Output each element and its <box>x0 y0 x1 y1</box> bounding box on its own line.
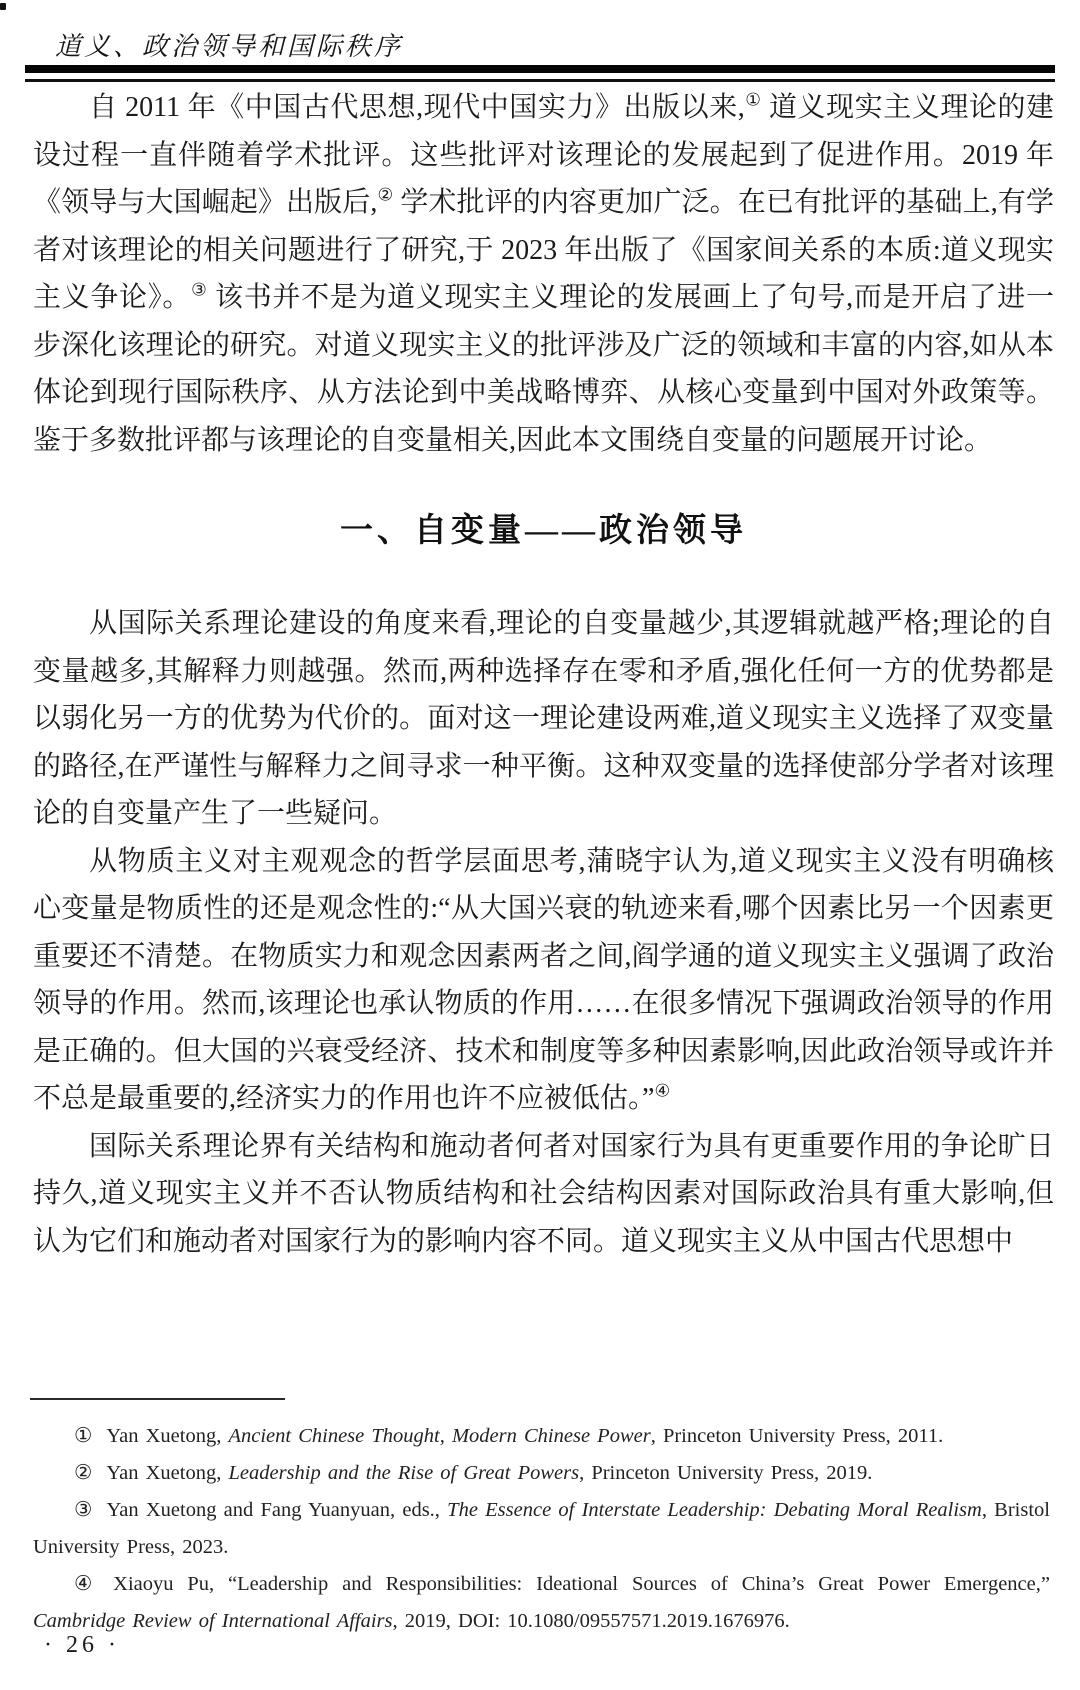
running-head: 道义、政治领导和国际秩序 <box>55 26 403 63</box>
scan-artifact <box>0 3 6 10</box>
header-rule-thin <box>25 79 1055 82</box>
footnote-item: ①Yan Xuetong, Ancient Chinese Thought, M… <box>33 1418 1050 1455</box>
footnote-marker: ③ <box>74 1499 107 1521</box>
footnote-text: Yan Xuetong and Fang Yuanyuan, eds., The… <box>33 1499 1050 1558</box>
footnote-marker: ① <box>74 1425 106 1447</box>
header-rule-thick <box>25 65 1055 73</box>
body-paragraph: 从物质主义对主观观念的哲学层面思考,蒲晓宇认为,道义现实主义没有明确核心变量是物… <box>33 838 1054 1123</box>
footnote-text: Yan Xuetong, Ancient Chinese Thought, Mo… <box>106 1425 943 1447</box>
page-number: · 26 · <box>44 1632 120 1659</box>
footnotes-block: ①Yan Xuetong, Ancient Chinese Thought, M… <box>33 1418 1050 1640</box>
body-paragraph: 从国际关系理论建设的角度来看,理论的自变量越少,其逻辑就越严格;理论的自变量越多… <box>33 600 1054 838</box>
journal-page: 道义、政治领导和国际秩序 自 2011 年《中国古代思想,现代中国实力》出版以来… <box>0 0 1080 1690</box>
footnote-text: Yan Xuetong, Leadership and the Rise of … <box>106 1462 872 1484</box>
body-paragraph: 国际关系理论界有关结构和施动者何者对国家行为具有更重要作用的争论旷日持久,道义现… <box>33 1123 1054 1266</box>
footnote-item: ②Yan Xuetong, Leadership and the Rise of… <box>33 1455 1050 1492</box>
footnote-item: ③Yan Xuetong and Fang Yuanyuan, eds., Th… <box>33 1492 1050 1566</box>
section-heading: 一、自变量——政治领导 <box>33 506 1054 556</box>
footnote-marker: ④ <box>74 1573 113 1595</box>
footnote-marker: ② <box>74 1462 106 1484</box>
footnote-separator <box>30 1398 285 1400</box>
footnote-text: Xiaoyu Pu, “Leadership and Responsibilit… <box>33 1573 1050 1632</box>
body-paragraph: 自 2011 年《中国古代思想,现代中国实力》出版以来,① 道义现实主义理论的建… <box>33 84 1054 464</box>
article-body: 自 2011 年《中国古代思想,现代中国实力》出版以来,① 道义现实主义理论的建… <box>33 84 1054 1265</box>
footnote-item: ④Xiaoyu Pu, “Leadership and Responsibili… <box>33 1566 1050 1640</box>
